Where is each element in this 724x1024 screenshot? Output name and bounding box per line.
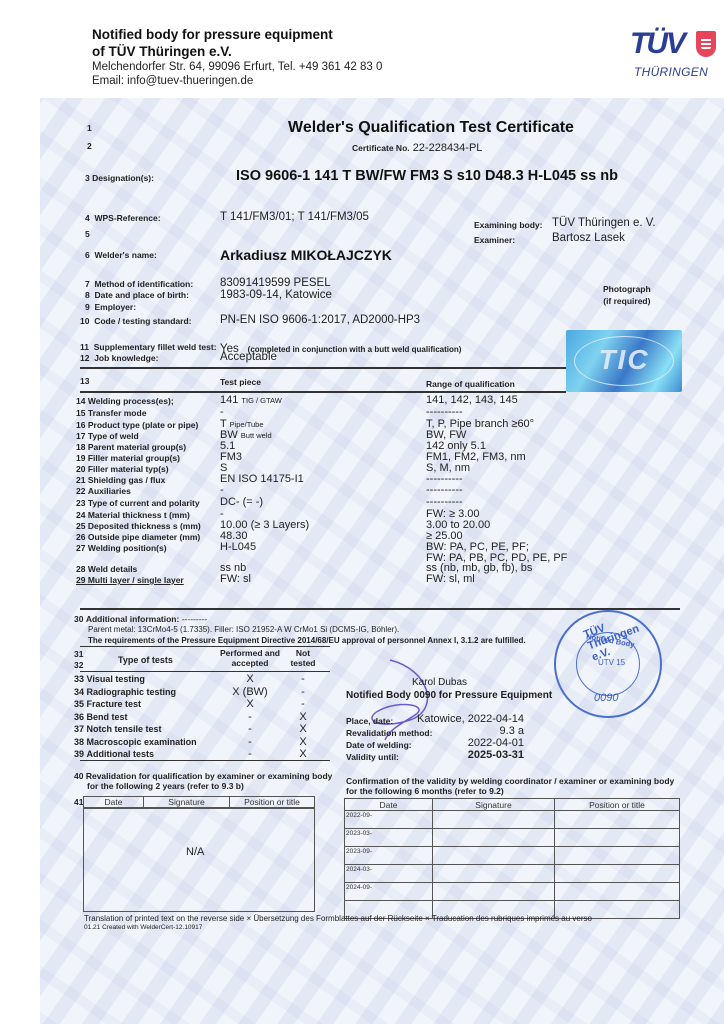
stamp-number: 0090 xyxy=(594,692,618,704)
id-value: 83091419599 PESEL xyxy=(220,277,331,289)
stamp-center: UTV 15 xyxy=(598,658,625,667)
test-piece-value: DC- (= -) xyxy=(220,496,263,508)
line-number: 32 xyxy=(74,660,83,670)
notified-body-label: Notified Body 0090 for Pressure Equipmen… xyxy=(346,690,552,701)
test-piece-value: 141 TIG / GTAW xyxy=(220,394,282,406)
variable-label: 17 Type of weld xyxy=(76,431,139,441)
examining-body-label: Examining body: xyxy=(474,220,542,230)
line-number: 13 xyxy=(80,376,89,386)
range-value: ---------- xyxy=(426,496,463,508)
fillet-label: 11 Supplementary fillet weld test: xyxy=(80,342,217,352)
variable-label: 21 Shielding gas / flux xyxy=(76,475,165,485)
variable-label: 23 Type of current and polarity xyxy=(76,498,200,508)
welding-date-value: 2022-04-01 xyxy=(0,737,524,749)
footer-created: 01.21 Created with WelderCert-12.10917 xyxy=(84,924,202,931)
variable-label: 14 Welding process(es); xyxy=(76,396,174,406)
revalidation-na: N/A xyxy=(186,846,204,858)
test-piece-value: - xyxy=(220,484,224,496)
range-value: FW: sl, ml xyxy=(426,573,475,585)
variable-label: 18 Parent material group(s) xyxy=(76,442,186,452)
welder-label: 6 Welder's name: xyxy=(85,250,157,260)
confirmation-date-cell[interactable]: 2022-09- xyxy=(345,811,433,829)
ped-statement: The requirements of the Pressure Equipme… xyxy=(88,636,526,645)
confirmation-row: 2023-09- xyxy=(345,847,680,865)
col-signature: Signature xyxy=(144,797,230,808)
confirmation-signature-cell[interactable] xyxy=(433,883,555,901)
designation-value: ISO 9606-1 141 T BW/FW FM3 S s10 D48.3 H… xyxy=(236,168,618,184)
confirmation-table: Date Signature Position or title 2022-09… xyxy=(344,798,680,919)
confirmation-signature-cell[interactable] xyxy=(433,811,555,829)
wps-label: 4 WPS-Reference: xyxy=(85,213,161,223)
variable-label: 20 Filler material typ(s) xyxy=(76,464,169,474)
thuringia-shield-icon xyxy=(696,31,716,57)
line-number: 1 xyxy=(87,123,92,133)
col-date: Date xyxy=(84,797,144,808)
variable-label: 28 Weld details xyxy=(76,564,137,574)
test-piece-value: - xyxy=(220,406,224,418)
range-value: ---------- xyxy=(426,406,463,418)
variable-label: 22 Auxiliaries xyxy=(76,486,131,496)
col-date: Date xyxy=(345,799,433,811)
revalidation-box[interactable] xyxy=(83,808,315,912)
code-label: 10 Code / testing standard: xyxy=(80,316,192,326)
confirmation-date-cell[interactable]: 2023-09- xyxy=(345,847,433,865)
examiner-label: Examiner: xyxy=(474,235,515,245)
hologram-text: TIC xyxy=(566,344,682,376)
logo-subtitle: THÜRINGEN xyxy=(634,65,708,79)
examining-body-value: TÜV Thüringen e. V. xyxy=(552,217,656,229)
welder-name: Arkadiusz MIKOŁAJCZYK xyxy=(220,247,392,263)
line-number: 31 xyxy=(74,649,83,659)
range-value: ---------- xyxy=(426,484,463,496)
tic-hologram: TIC xyxy=(566,330,682,392)
logo-brand: TÜV xyxy=(630,28,684,60)
confirmation-signature-cell[interactable] xyxy=(433,865,555,883)
confirmation-position-cell[interactable] xyxy=(555,865,680,883)
job-value: Acceptable xyxy=(220,351,277,363)
col-position: Position or title xyxy=(230,797,315,808)
range-header: Range of qualification xyxy=(426,379,515,389)
issuer-title-2: of TÜV Thüringen e.V. xyxy=(92,43,382,60)
divider xyxy=(80,671,330,672)
certificate-number-value: 22-228434-PL xyxy=(413,142,483,154)
confirmation-row: 2023-03- xyxy=(345,829,680,847)
tests-type-header: Type of tests xyxy=(118,655,173,665)
signer-name: Karol Dubas xyxy=(412,677,467,688)
variable-label: 15 Transfer mode xyxy=(76,408,146,418)
tuv-logo: TÜV THÜRINGEN xyxy=(630,28,718,82)
confirmation-title: Confirmation of the validity by welding … xyxy=(346,776,674,796)
tests-performed-header: Performed andaccepted xyxy=(218,648,282,668)
divider xyxy=(80,391,566,393)
confirmation-position-cell[interactable] xyxy=(555,883,680,901)
wps-value: T 141/FM3/01; T 141/FM3/05 xyxy=(220,211,369,223)
confirmation-position-cell[interactable] xyxy=(555,829,680,847)
revalidation-method-value: 9.3 a xyxy=(0,725,524,737)
additional-label: 30 Additional information: --------- xyxy=(74,614,207,624)
confirmation-row: 2024-09- xyxy=(345,883,680,901)
issuer-header: Notified body for pressure equipment of … xyxy=(92,26,382,88)
variable-label: 19 Filler material group(s) xyxy=(76,453,180,463)
birth-value: 1983-09-14, Katowice xyxy=(220,289,332,301)
range-value: 141, 142, 143, 145 xyxy=(426,394,518,406)
confirmation-row: 2022-09- xyxy=(345,811,680,829)
tests-not-tested-header: Nottested xyxy=(284,648,322,668)
test-piece-value: H-L045 xyxy=(220,541,256,553)
test-piece-value: FW: sl xyxy=(220,573,251,585)
issuer-email: Email: info@tuev-thueringen.de xyxy=(92,74,382,88)
variable-label: 26 Outside pipe diameter (mm) xyxy=(76,532,200,542)
footer-translation: Translation of printed text on the rever… xyxy=(84,914,592,923)
issuer-title-1: Notified body for pressure equipment xyxy=(92,26,382,43)
id-label: 7 Method of identification: xyxy=(85,279,193,289)
divider xyxy=(80,646,330,647)
issuer-address: Melchendorfer Str. 64, 99096 Erfurt, Tel… xyxy=(92,60,382,74)
confirmation-position-cell[interactable] xyxy=(555,847,680,865)
photo-label: Photograph (if required) xyxy=(603,284,651,306)
place-value: Katowice, 2022-04-14 xyxy=(0,713,524,725)
confirmation-row: 2024-03- xyxy=(345,865,680,883)
confirmation-signature-cell[interactable] xyxy=(433,847,555,865)
confirmation-date-cell[interactable]: 2023-03- xyxy=(345,829,433,847)
code-value: PN-EN ISO 9606-1:2017, AD2000-HP3 xyxy=(220,314,420,326)
additional-line-1: Parent metal: 13CrMo4-5 (1.7335). Filler… xyxy=(88,625,399,634)
confirmation-signature-cell[interactable] xyxy=(433,829,555,847)
col-position: Position or title xyxy=(555,799,680,811)
test-piece-header: Test piece xyxy=(220,377,261,387)
variable-label: 29 Multi layer / single layer xyxy=(76,575,184,585)
job-label: 12 Job knowledge: xyxy=(80,353,158,363)
line-number: 2 xyxy=(87,141,92,151)
validity-value: 2025-03-31 xyxy=(0,749,524,761)
notified-body-stamp: TÜV Thüringen e.V. Notified Body UTV 15 … xyxy=(554,610,662,718)
confirmation-date-cell[interactable]: 2024-09- xyxy=(345,883,433,901)
variable-label: 24 Material thickness t (mm) xyxy=(76,510,190,520)
variable-label: 16 Product type (plate or pipe) xyxy=(76,420,198,430)
variable-label: 25 Deposited thickness s (mm) xyxy=(76,521,201,531)
test-piece-value: EN ISO 14175-I1 xyxy=(220,473,304,485)
employer-label: 9 Employer: xyxy=(85,302,136,312)
divider xyxy=(80,608,680,610)
certificate-title: Welder's Qualification Test Certificate xyxy=(288,119,574,137)
certificate-number-label: Certificate No. xyxy=(352,143,410,153)
birth-label: 8 Date and place of birth: xyxy=(85,290,189,300)
confirmation-position-cell[interactable] xyxy=(555,811,680,829)
revalidation-title: 40 Revalidation for qualification by exa… xyxy=(74,771,332,791)
line-number: 5 xyxy=(85,229,90,239)
divider xyxy=(80,367,566,369)
col-signature: Signature xyxy=(433,799,555,811)
revalidation-header-table: Date Signature Position or title xyxy=(83,796,315,808)
designation-label: 3 Designation(s): xyxy=(85,173,154,183)
confirmation-date-cell[interactable]: 2024-03- xyxy=(345,865,433,883)
examiner-value: Bartosz Lasek xyxy=(552,232,625,244)
variable-label: 27 Welding position(s) xyxy=(76,543,167,553)
certificate-number: Certificate No. 22-228434-PL xyxy=(352,142,482,154)
